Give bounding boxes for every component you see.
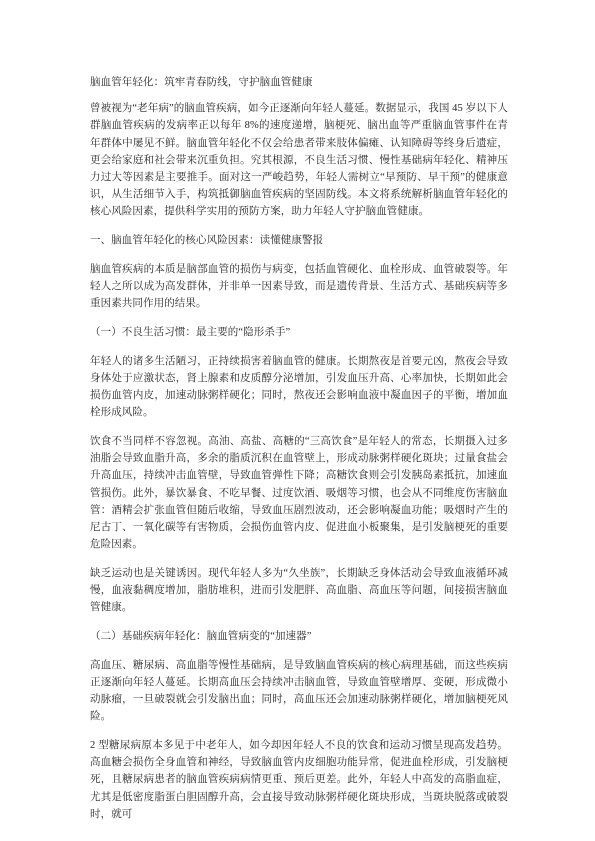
paragraph-section1-overview: 脑血管疾病的本质是脑部血管的损伤与病变，包括血管硬化、血栓形成、血管破裂等。年轻… bbox=[90, 261, 508, 313]
paragraph-staying-up-late: 年轻人的诸多生活陋习，正持续损害着脑血管的健康。长期熬夜是首要元凶，熬夜会导致身… bbox=[90, 353, 508, 422]
paragraph-diet: 饮食不当同样不容忽视。高油、高盐、高糖的“三高饮食”是年轻人的常态，长期摄入过多… bbox=[90, 433, 508, 553]
paragraph-hypertension: 高血压、糖尿病、高血脂等慢性基础病，是导致脑血管疾病的核心病理基础，而这些疾病正… bbox=[90, 657, 508, 726]
paragraph-diabetes: 2 型糖尿病原本多见于中老年人，如今却因年轻人不良的饮食和运动习惯呈现高发趋势。… bbox=[90, 737, 508, 823]
paragraph-intro: 曾被视为“老年病”的脑血管疾病，如今正逐渐向年轻人蔓延。数据显示，我国 45 岁… bbox=[90, 100, 508, 220]
subsection-heading-1-2: （二）基础疾病年轻化：脑血管病变的“加速器” bbox=[90, 628, 508, 645]
subsection-heading-1-1: （一）不良生活习惯：最主要的“隐形杀手” bbox=[90, 324, 508, 341]
document-title: 脑血管年轻化：筑牢青春防线，守护脑血管健康 bbox=[90, 74, 508, 91]
document-page: 脑血管年轻化：筑牢青春防线，守护脑血管健康 曾被视为“老年病”的脑血管疾病，如今… bbox=[0, 0, 595, 841]
section-heading-1: 一、脑血管年轻化的核心风险因素：读懂健康警报 bbox=[90, 232, 508, 249]
paragraph-lack-of-exercise: 缺乏运动也是关键诱因。现代年轻人多为“久坐族”，长期缺乏身体活动会导致血液循环减… bbox=[90, 565, 508, 617]
